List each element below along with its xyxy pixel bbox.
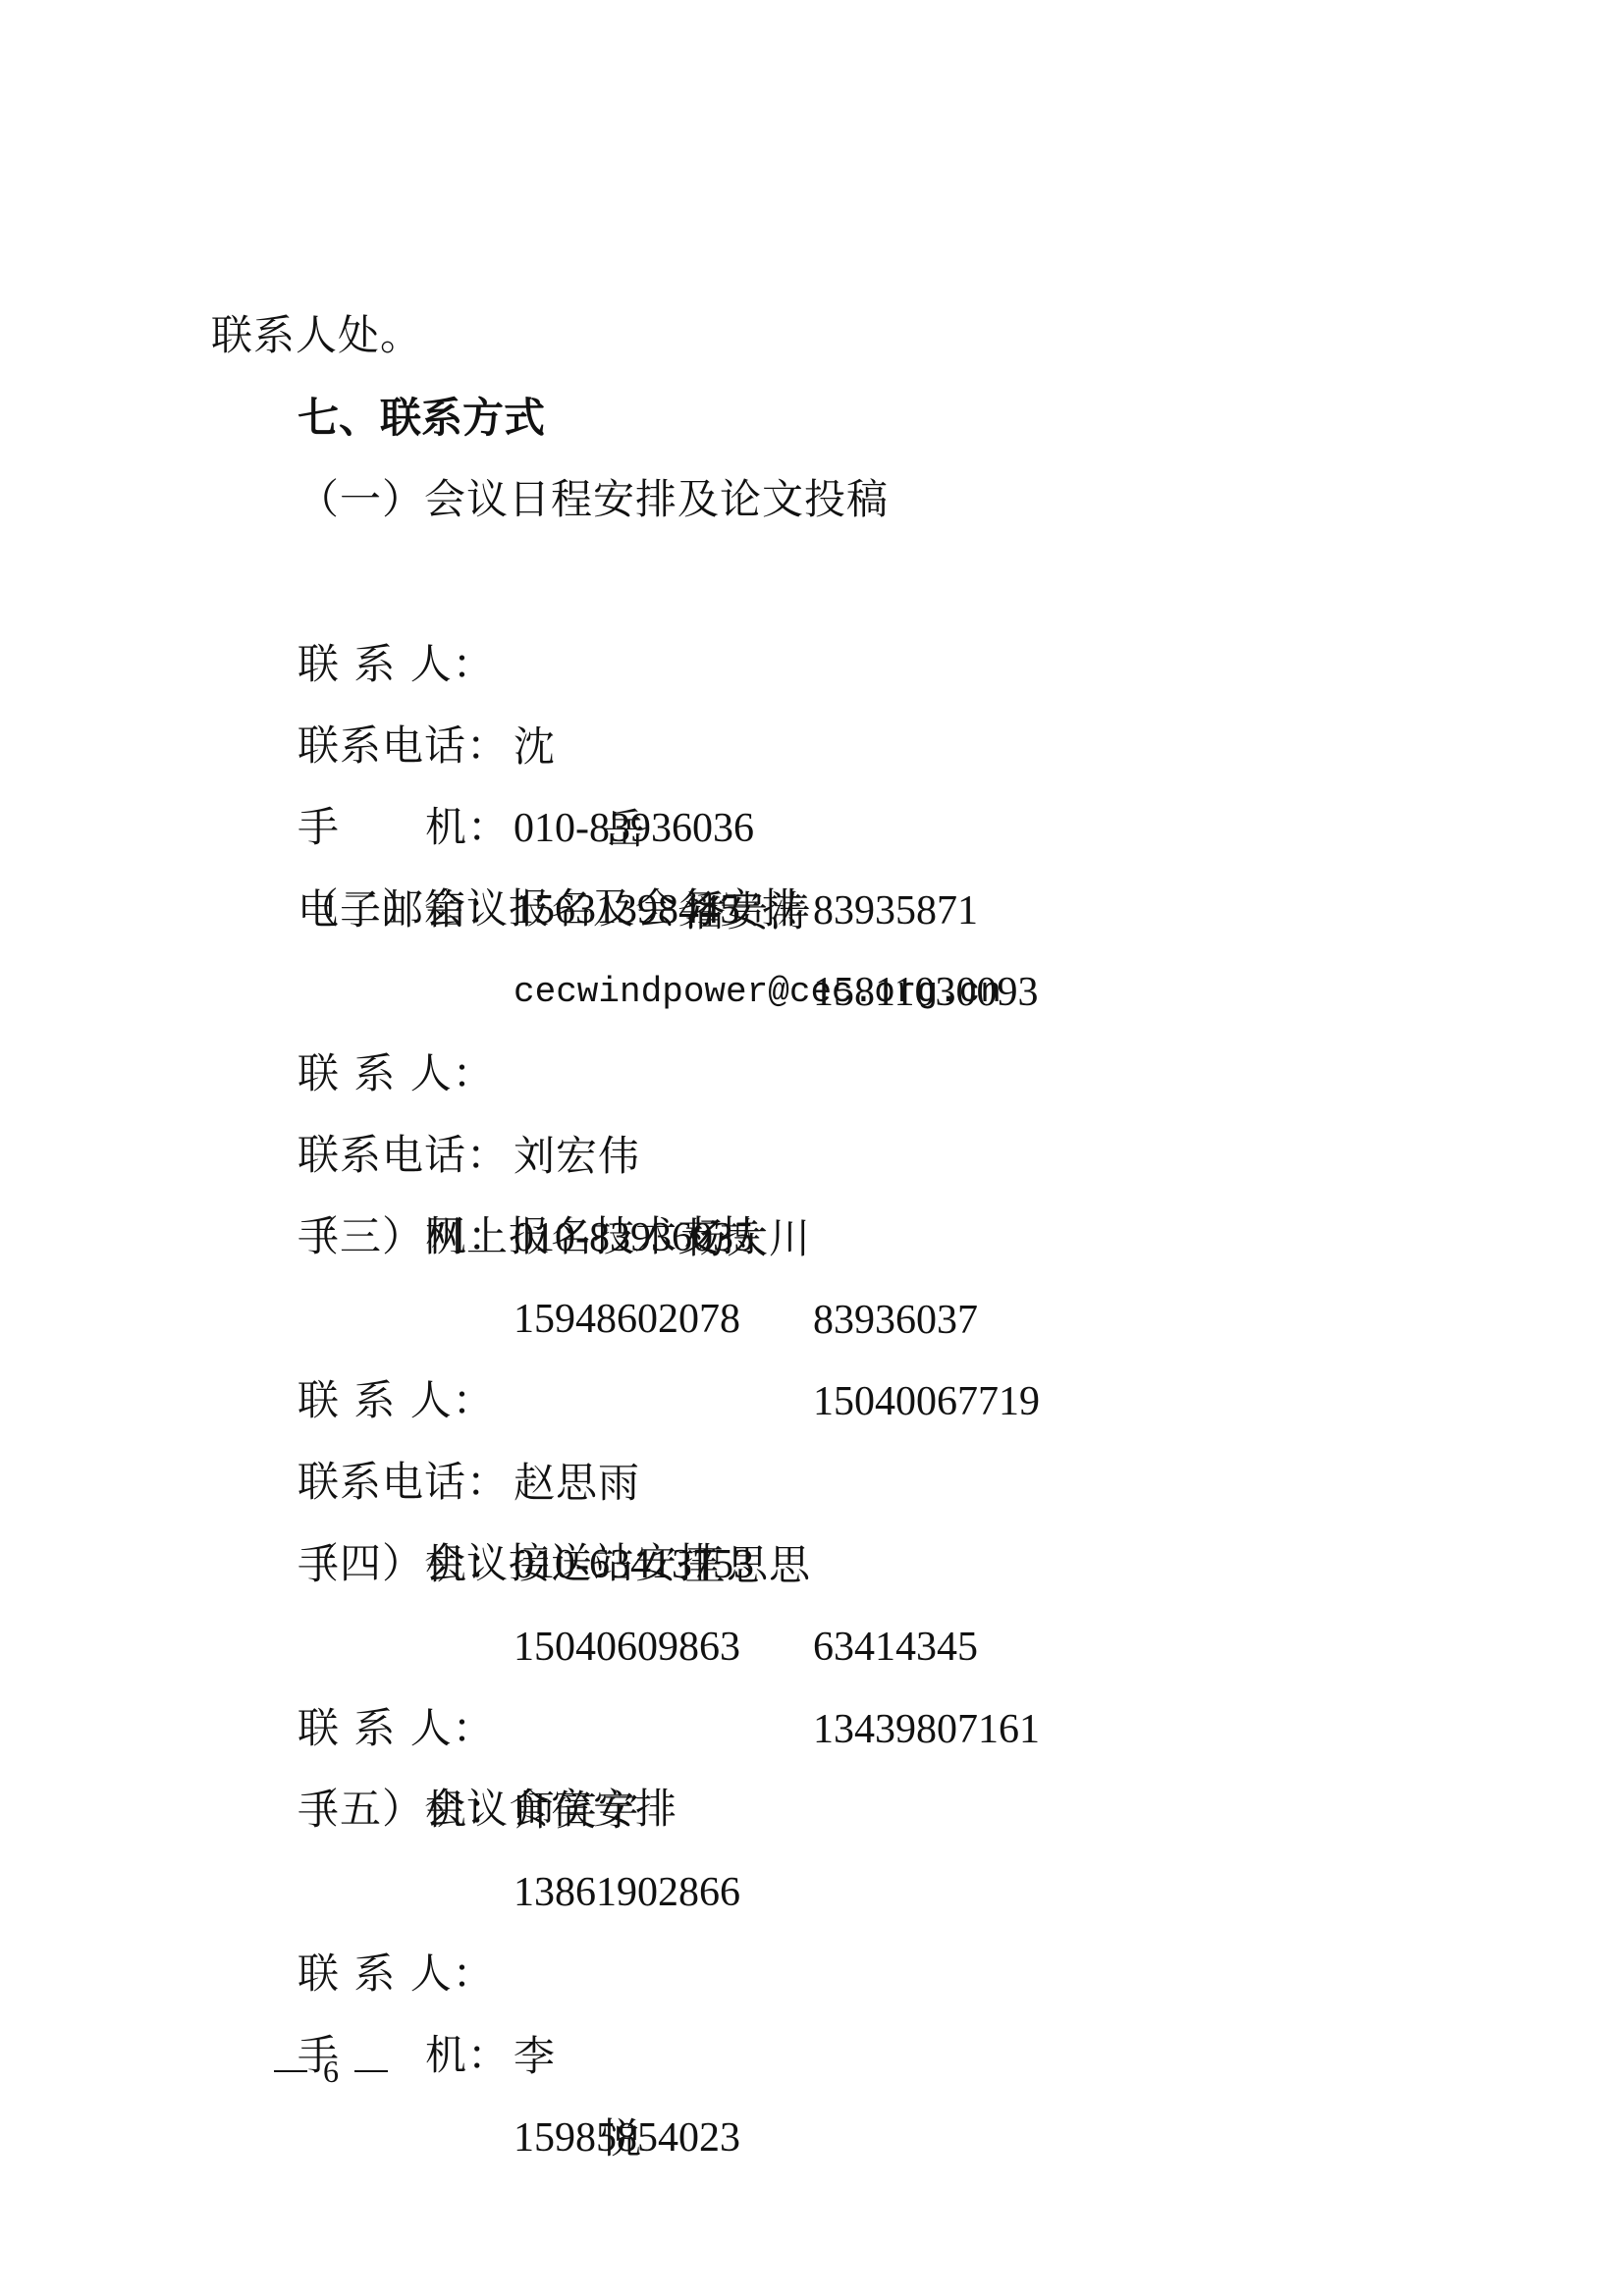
subsection-title-4: （四）会议接送站安排: [298, 1522, 720, 1605]
dash-left: [274, 2070, 307, 2072]
subsection-title-2: （二）会议报名及会务安排: [298, 868, 804, 950]
contact-row: 联 系 人： 赵思雨 王思思: [0, 1277, 1624, 1360]
subsection-title-1: （一）会议日程安排及论文投稿: [298, 458, 889, 541]
phone-row: 联系电话： 010-83936036 83935871: [0, 622, 1624, 705]
page-number: 6: [274, 2052, 388, 2091]
section-heading: 七、联系方式: [298, 377, 545, 459]
contact-row: 联 系 人： 刘宏伟 杨大川: [0, 950, 1624, 1033]
subsection-title-5: （五）会议食宿安排: [298, 1768, 677, 1850]
mobile-row: 手机： 13861902866: [0, 1686, 1624, 1769]
mobile-row: 手机： 15948602078 15040067719: [0, 1113, 1624, 1196]
phone-row: 联系电话： 010-63413753 63414345: [0, 1359, 1624, 1441]
phone-number: 83935871: [813, 870, 978, 952]
mobile-row: 手机： 15631398445 15811030093: [0, 704, 1624, 786]
mobile-row: 手机： 15985854023: [0, 1932, 1624, 2014]
document-page: 联系人处。 七、联系方式 （一）会议日程安排及论文投稿 联 系 人： 沈 岳 潘…: [0, 0, 1624, 2296]
mobile-row: 手机： 15040609863 13439807161: [0, 1441, 1624, 1523]
mobile-label-char: 机：: [425, 2014, 510, 2097]
email-row: 电子邮箱： cecwindpower@cec.org.cn: [0, 786, 1624, 869]
subsection-title-3: （三）网上报名技术支持: [298, 1196, 762, 1278]
mobile-number: 15985854023: [514, 2097, 740, 2179]
continuation-text: 联系人处。: [211, 294, 422, 377]
contact-name: 李: [514, 2015, 556, 2098]
dash-right: [354, 2070, 388, 2072]
phone-row: 联系电话： 010-83936035 83936037: [0, 1032, 1624, 1114]
page-number-value: 6: [323, 2052, 339, 2091]
contact-row: 联 系 人： 师笑宇: [0, 1605, 1624, 1687]
contact-row: 联 系 人： 李 悦: [0, 1850, 1624, 1933]
contact-row: 联 系 人： 沈 岳 潘贵涛: [0, 541, 1624, 623]
